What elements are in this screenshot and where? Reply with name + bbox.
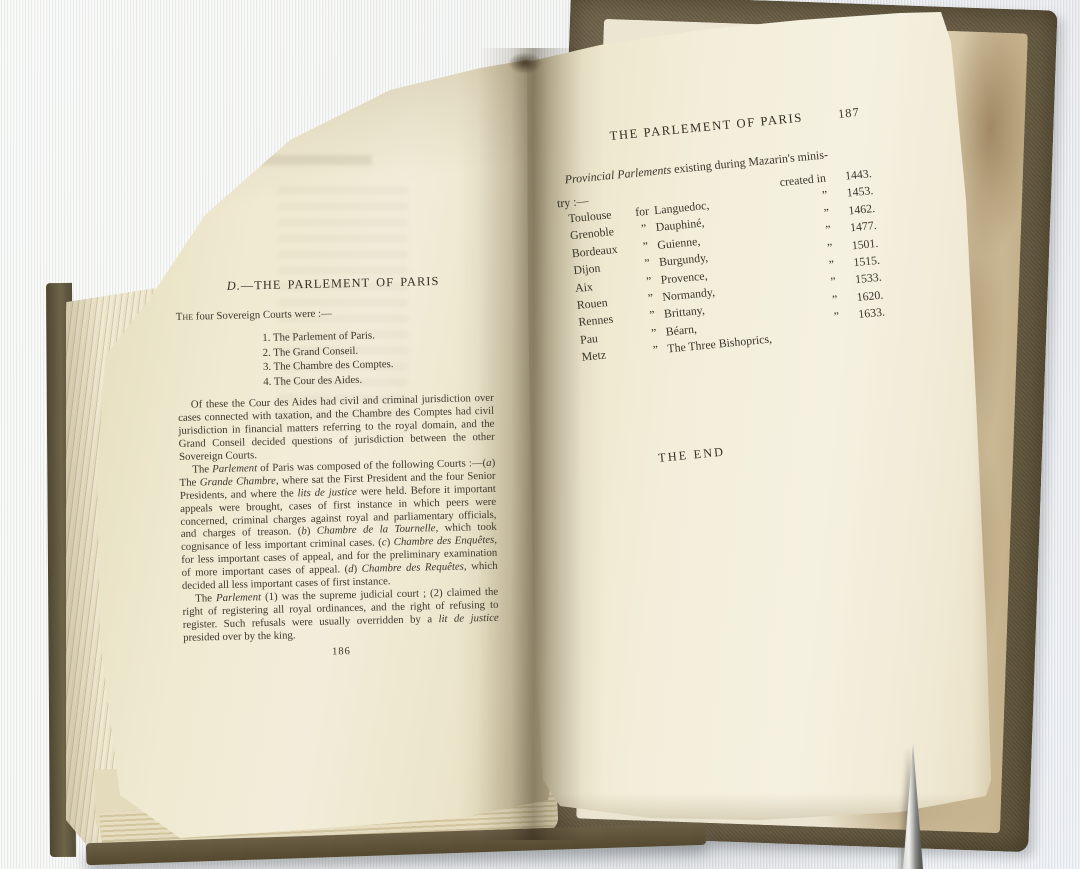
city-cell: Rennes bbox=[578, 308, 641, 331]
year-cell: 1515. bbox=[833, 252, 880, 274]
sovereign-courts-list: 1. The Parlement of Paris.2. The Grand C… bbox=[262, 326, 493, 390]
table-row: Bordeaux ” Guienne, ” 1462. bbox=[561, 216, 877, 264]
city-cell: Toulouse bbox=[568, 204, 631, 227]
table-row: Rennes ” Brittany, ” 1533. bbox=[568, 285, 884, 333]
created-cell: ” bbox=[771, 187, 828, 210]
province-cell: Burgundy, bbox=[658, 243, 777, 272]
paragraph: Of these the Cour des Aides had civil an… bbox=[178, 392, 495, 464]
created-cell: ” bbox=[773, 204, 830, 227]
section-heading: D.—THE PARLEMENT OF PARIS bbox=[175, 273, 491, 295]
page-number: 186 bbox=[183, 642, 499, 660]
created-cell: created in bbox=[769, 170, 826, 193]
book-photo-scene: D.—THE PARLEMENT OF PARIS The four Sover… bbox=[0, 0, 1080, 869]
intro-line: The four Sovereign Courts were :— bbox=[176, 304, 492, 323]
right-page-text: THE PARLEMENT OF PARIS 187 Provincial Pa… bbox=[545, 49, 897, 473]
ditto-cell: ” bbox=[641, 323, 667, 343]
pointer-needle bbox=[903, 744, 923, 869]
province-cell: Languedoc, bbox=[653, 191, 772, 220]
paragraph: The Parlement of Paris was composed of t… bbox=[179, 457, 498, 593]
list-item: 3. The Chambre des Comptes. bbox=[263, 355, 493, 375]
province-cell: Provence, bbox=[660, 260, 779, 289]
province-cell: Brittany, bbox=[663, 295, 782, 324]
ditto-cell: ” bbox=[636, 271, 662, 291]
list-item: 2. The Grand Conseil. bbox=[263, 340, 493, 360]
page-number: 187 bbox=[837, 105, 860, 122]
table-row: Dijon ” Burgundy, ” 1477. bbox=[563, 233, 879, 281]
year-cell: 1453. bbox=[827, 183, 874, 205]
ditto-cell: ” bbox=[638, 289, 664, 309]
province-cell: Dauphiné, bbox=[655, 208, 774, 237]
ditto-cell: ” bbox=[639, 306, 665, 326]
city-cell: Rouen bbox=[576, 291, 639, 314]
left-page: D.—THE PARLEMENT OF PARIS The four Sover… bbox=[90, 55, 560, 845]
intro-line: Provincial Parlements existing during Ma… bbox=[564, 143, 870, 187]
page-show-through bbox=[278, 187, 408, 427]
province-cell: Normandy, bbox=[662, 278, 781, 307]
created-cell: ” bbox=[776, 239, 833, 262]
list-item: 1. The Parlement of Paris. bbox=[262, 326, 492, 346]
the-end-label: THE END bbox=[581, 437, 801, 473]
table-row: Pau ” Béarn, ” 1620. bbox=[569, 302, 885, 350]
table-row: Grenoble ” Dauphiné, ” 1453. bbox=[559, 198, 875, 246]
year-cell: 1533. bbox=[835, 269, 882, 291]
created-cell: ” bbox=[783, 308, 840, 331]
intro-line-continuation: try :— bbox=[556, 166, 872, 211]
ditto-cell: ” bbox=[643, 341, 669, 361]
running-head-row: THE PARLEMENT OF PARIS 187 bbox=[550, 104, 866, 149]
city-cell: Pau bbox=[579, 326, 642, 349]
year-cell: 1501. bbox=[832, 234, 879, 256]
city-cell: Aix bbox=[574, 274, 637, 297]
parlements-table: Toulouse for Languedoc, created in 1443.… bbox=[558, 181, 888, 367]
created-cell: ” bbox=[778, 256, 835, 279]
metal-pointer bbox=[890, 742, 936, 869]
page-show-through bbox=[202, 155, 372, 165]
year-cell: 1633. bbox=[838, 304, 885, 326]
province-cell: Béarn, bbox=[665, 312, 784, 341]
ditto-cell: ” bbox=[633, 237, 659, 257]
ditto-cell: for bbox=[629, 202, 655, 222]
created-cell: ” bbox=[774, 222, 831, 245]
city-cell: Dijon bbox=[573, 256, 636, 279]
left-page-text: D.—THE PARLEMENT OF PARIS The four Sover… bbox=[175, 273, 500, 661]
ditto-cell: ” bbox=[634, 254, 660, 274]
city-cell: Grenoble bbox=[569, 222, 632, 245]
ditto-cell: ” bbox=[631, 220, 657, 240]
table-row: Toulouse for Languedoc, created in 1443. bbox=[558, 181, 874, 229]
province-cell: Guienne, bbox=[657, 226, 776, 255]
list-item: 4. The Cour des Aides. bbox=[263, 370, 493, 390]
running-head: THE PARLEMENT OF PARIS bbox=[586, 108, 826, 146]
created-cell: ” bbox=[781, 291, 838, 314]
right-page: THE PARLEMENT OF PARIS 187 Provincial Pa… bbox=[520, 5, 1000, 827]
province-cell: The Three Bishoprics, bbox=[667, 329, 786, 358]
city-cell: Metz bbox=[581, 343, 644, 366]
paragraph: The Parlement (1) was the supreme judici… bbox=[182, 586, 499, 645]
spine-notch bbox=[508, 52, 542, 74]
city-cell: Bordeaux bbox=[571, 239, 634, 262]
year-cell: 1443. bbox=[825, 165, 872, 187]
year-cell: 1620. bbox=[837, 286, 884, 308]
year-cell: 1462. bbox=[828, 200, 875, 222]
year-cell: 1477. bbox=[830, 217, 877, 239]
table-row: Aix ” Provence, ” 1501. bbox=[564, 250, 880, 298]
table-row: Rouen ” Normandy, ” 1515. bbox=[566, 268, 882, 316]
created-cell: ” bbox=[779, 274, 836, 297]
table-row: Metz ” The Three Bishoprics, ” 1633. bbox=[571, 320, 887, 368]
